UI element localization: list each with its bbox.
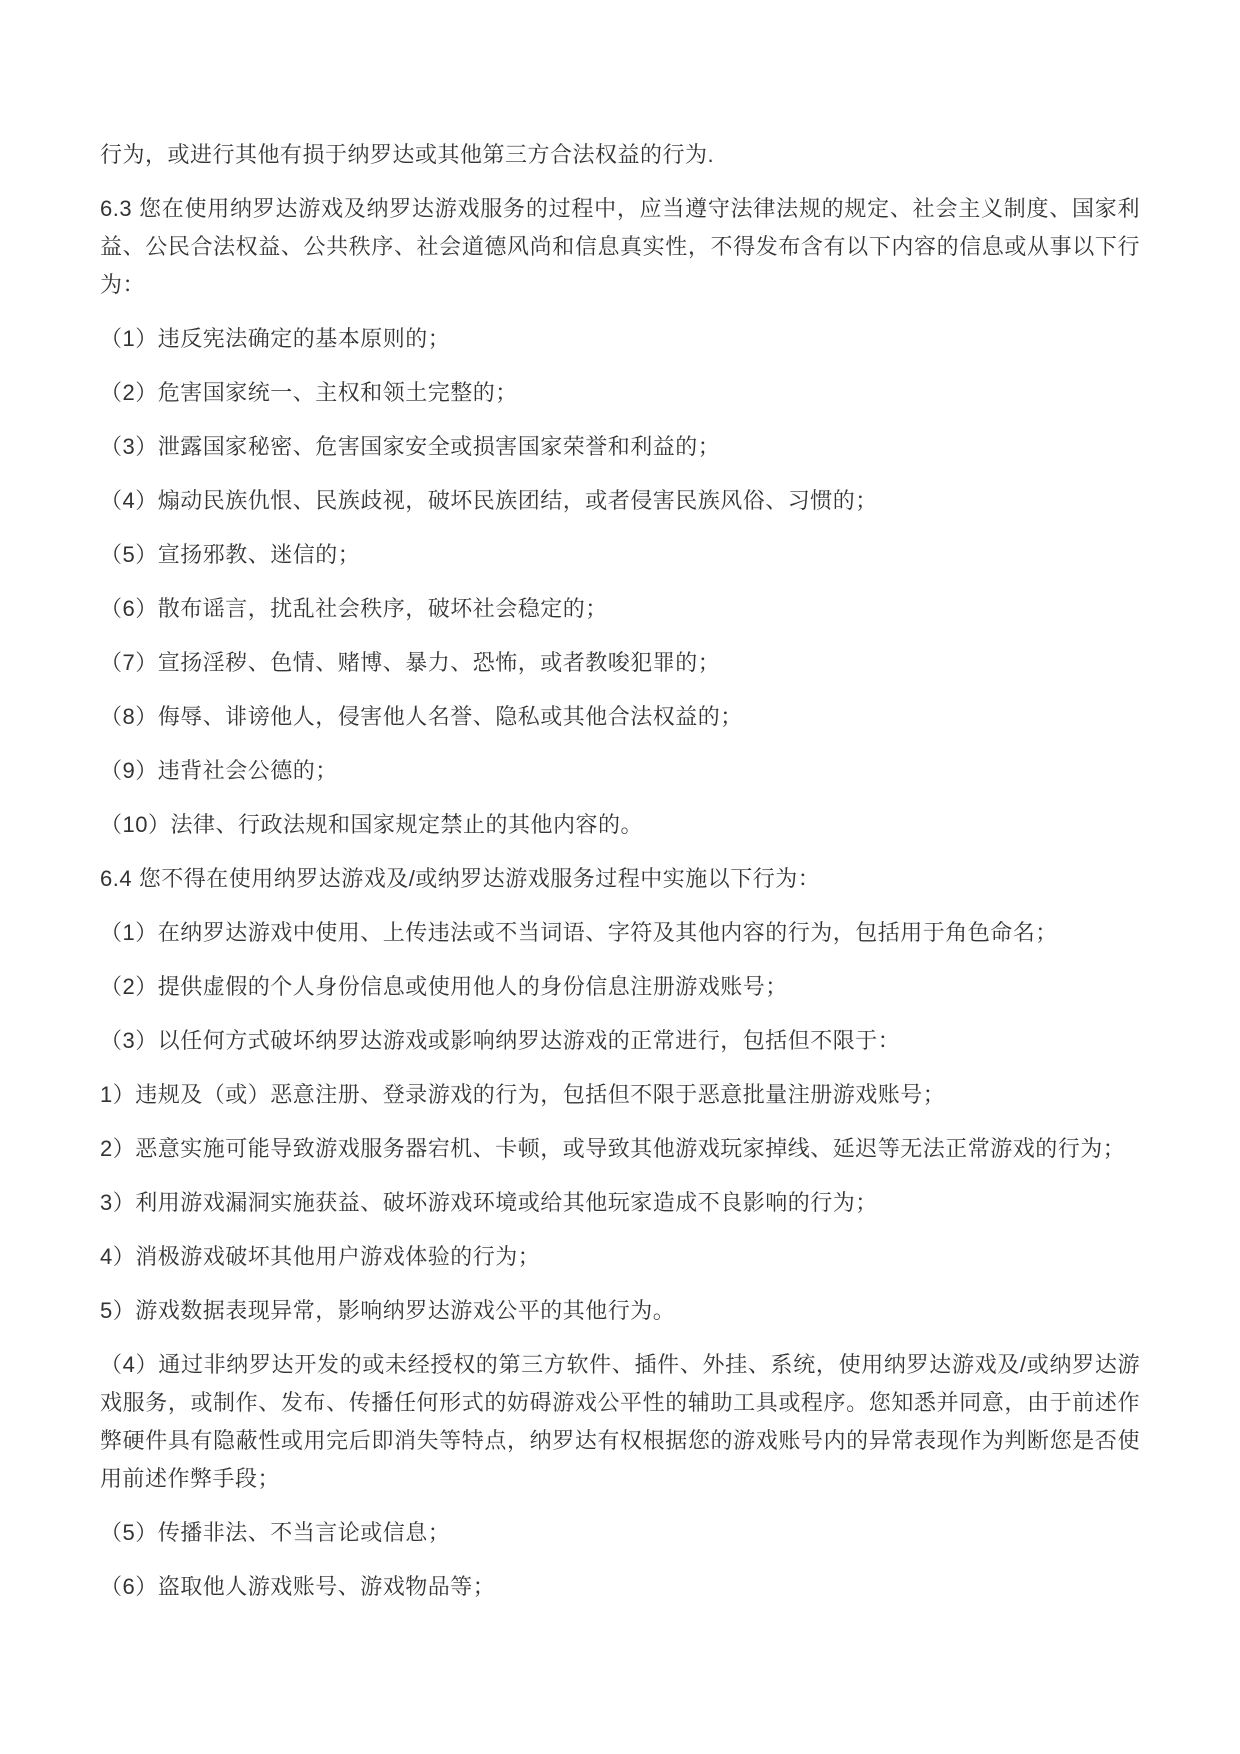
clause-6-4-item-1: （1）在纳罗达游戏中使用、上传违法或不当词语、字符及其他内容的行为，包括用于角色…	[100, 914, 1140, 952]
clause-6-3-item-10: （10）法律、行政法规和国家规定禁止的其他内容的。	[100, 806, 1140, 844]
clause-6-4-item-3-sub-3: 3）利用游戏漏洞实施获益、破坏游戏环境或给其他玩家造成不良影响的行为；	[100, 1184, 1140, 1222]
clause-6-3: 6.3 您在使用纳罗达游戏及纳罗达游戏服务的过程中，应当遵守法律法规的规定、社会…	[100, 190, 1140, 304]
clause-6-4-item-3-sub-2: 2）恶意实施可能导致游戏服务器宕机、卡顿，或导致其他游戏玩家掉线、延迟等无法正常…	[100, 1130, 1140, 1168]
clause-6-4-item-3-sub-1: 1）违规及（或）恶意注册、登录游戏的行为，包括但不限于恶意批量注册游戏账号；	[100, 1076, 1140, 1114]
clause-6-3-item-3: （3）泄露国家秘密、危害国家安全或损害国家荣誉和利益的；	[100, 428, 1140, 466]
clause-6-4-item-6: （6）盗取他人游戏账号、游戏物品等；	[100, 1568, 1140, 1606]
clause-6-4-item-2: （2）提供虚假的个人身份信息或使用他人的身份信息注册游戏账号；	[100, 968, 1140, 1006]
clause-6-3-item-9: （9）违背社会公德的；	[100, 752, 1140, 790]
clause-6-3-item-4: （4）煽动民族仇恨、民族歧视，破坏民族团结，或者侵害民族风俗、习惯的；	[100, 482, 1140, 520]
clause-6-4-item-3-sub-4: 4）消极游戏破坏其他用户游戏体验的行为；	[100, 1238, 1140, 1276]
clause-6-4: 6.4 您不得在使用纳罗达游戏及/或纳罗达游戏服务过程中实施以下行为：	[100, 860, 1140, 898]
clause-6-3-item-8: （8）侮辱、诽谤他人，侵害他人名誉、隐私或其他合法权益的；	[100, 698, 1140, 736]
clause-6-4-item-3-sub-5: 5）游戏数据表现异常，影响纳罗达游戏公平的其他行为。	[100, 1292, 1140, 1330]
document-page: 行为，或进行其他有损于纳罗达或其他第三方合法权益的行为. 6.3 您在使用纳罗达…	[0, 0, 1240, 1754]
clause-6-3-item-2: （2）危害国家统一、主权和领土完整的；	[100, 374, 1140, 412]
clause-6-3-item-1: （1）违反宪法确定的基本原则的；	[100, 320, 1140, 358]
clause-6-4-item-4: （4）通过非纳罗达开发的或未经授权的第三方软件、插件、外挂、系统，使用纳罗达游戏…	[100, 1346, 1140, 1498]
clause-6-4-item-3: （3）以任何方式破坏纳罗达游戏或影响纳罗达游戏的正常进行，包括但不限于：	[100, 1022, 1140, 1060]
clause-6-3-item-7: （7）宣扬淫秽、色情、赌博、暴力、恐怖，或者教唆犯罪的；	[100, 644, 1140, 682]
clause-continuation-line: 行为，或进行其他有损于纳罗达或其他第三方合法权益的行为.	[100, 136, 1140, 174]
clause-6-3-item-6: （6）散布谣言，扰乱社会秩序，破坏社会稳定的；	[100, 590, 1140, 628]
clause-6-3-item-5: （5）宣扬邪教、迷信的；	[100, 536, 1140, 574]
clause-6-4-item-5: （5）传播非法、不当言论或信息；	[100, 1514, 1140, 1552]
